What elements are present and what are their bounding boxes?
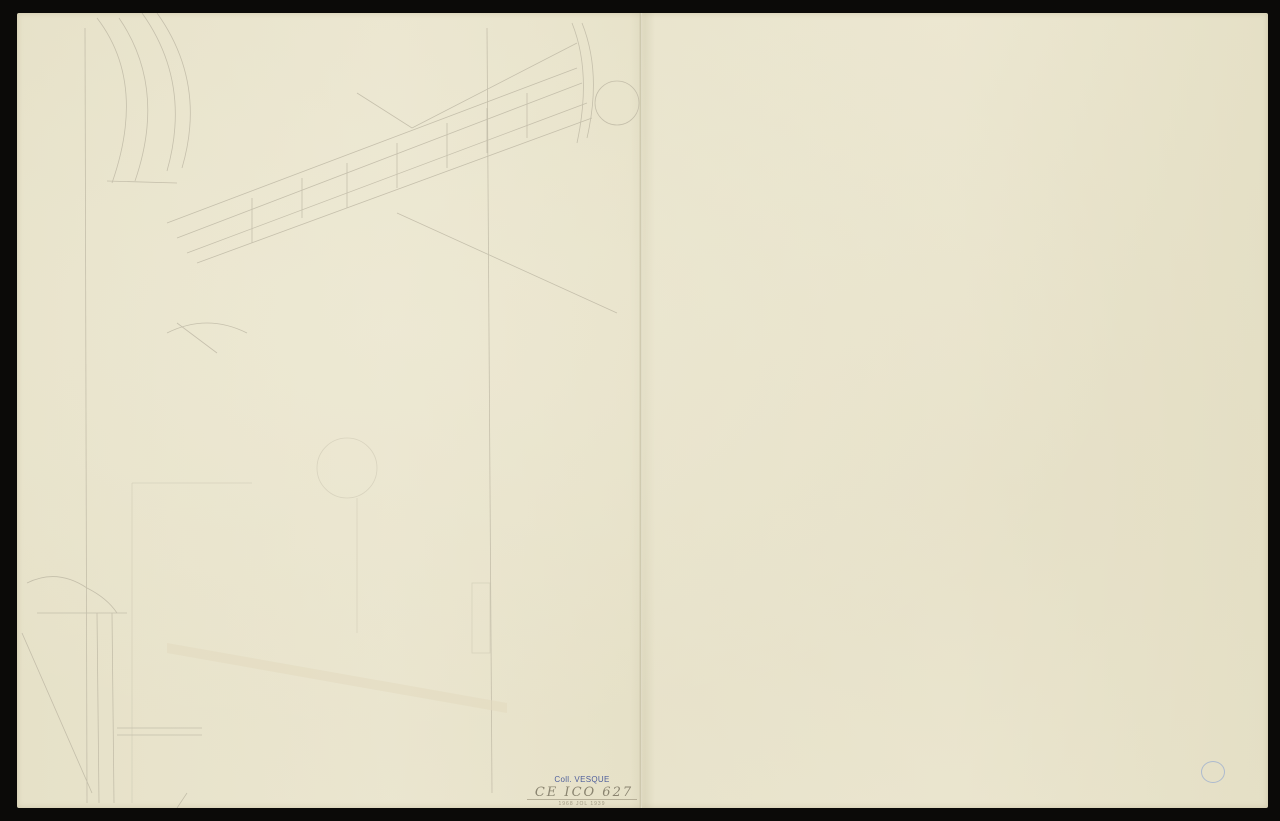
shelfmark-label: CE ICO 627 — [527, 786, 637, 800]
pencil-sketch — [17, 13, 1268, 808]
collection-label: Coll. VESQUE — [527, 775, 637, 784]
circle-mark-icon — [1201, 761, 1225, 783]
collection-stamp: Coll. VESQUE CE ICO 627 1968 JOL 1939 — [527, 775, 637, 807]
stamp-subtext: 1968 JOL 1939 — [527, 801, 637, 807]
paper-sheet: Coll. VESQUE CE ICO 627 1968 JOL 1939 — [17, 13, 1268, 808]
